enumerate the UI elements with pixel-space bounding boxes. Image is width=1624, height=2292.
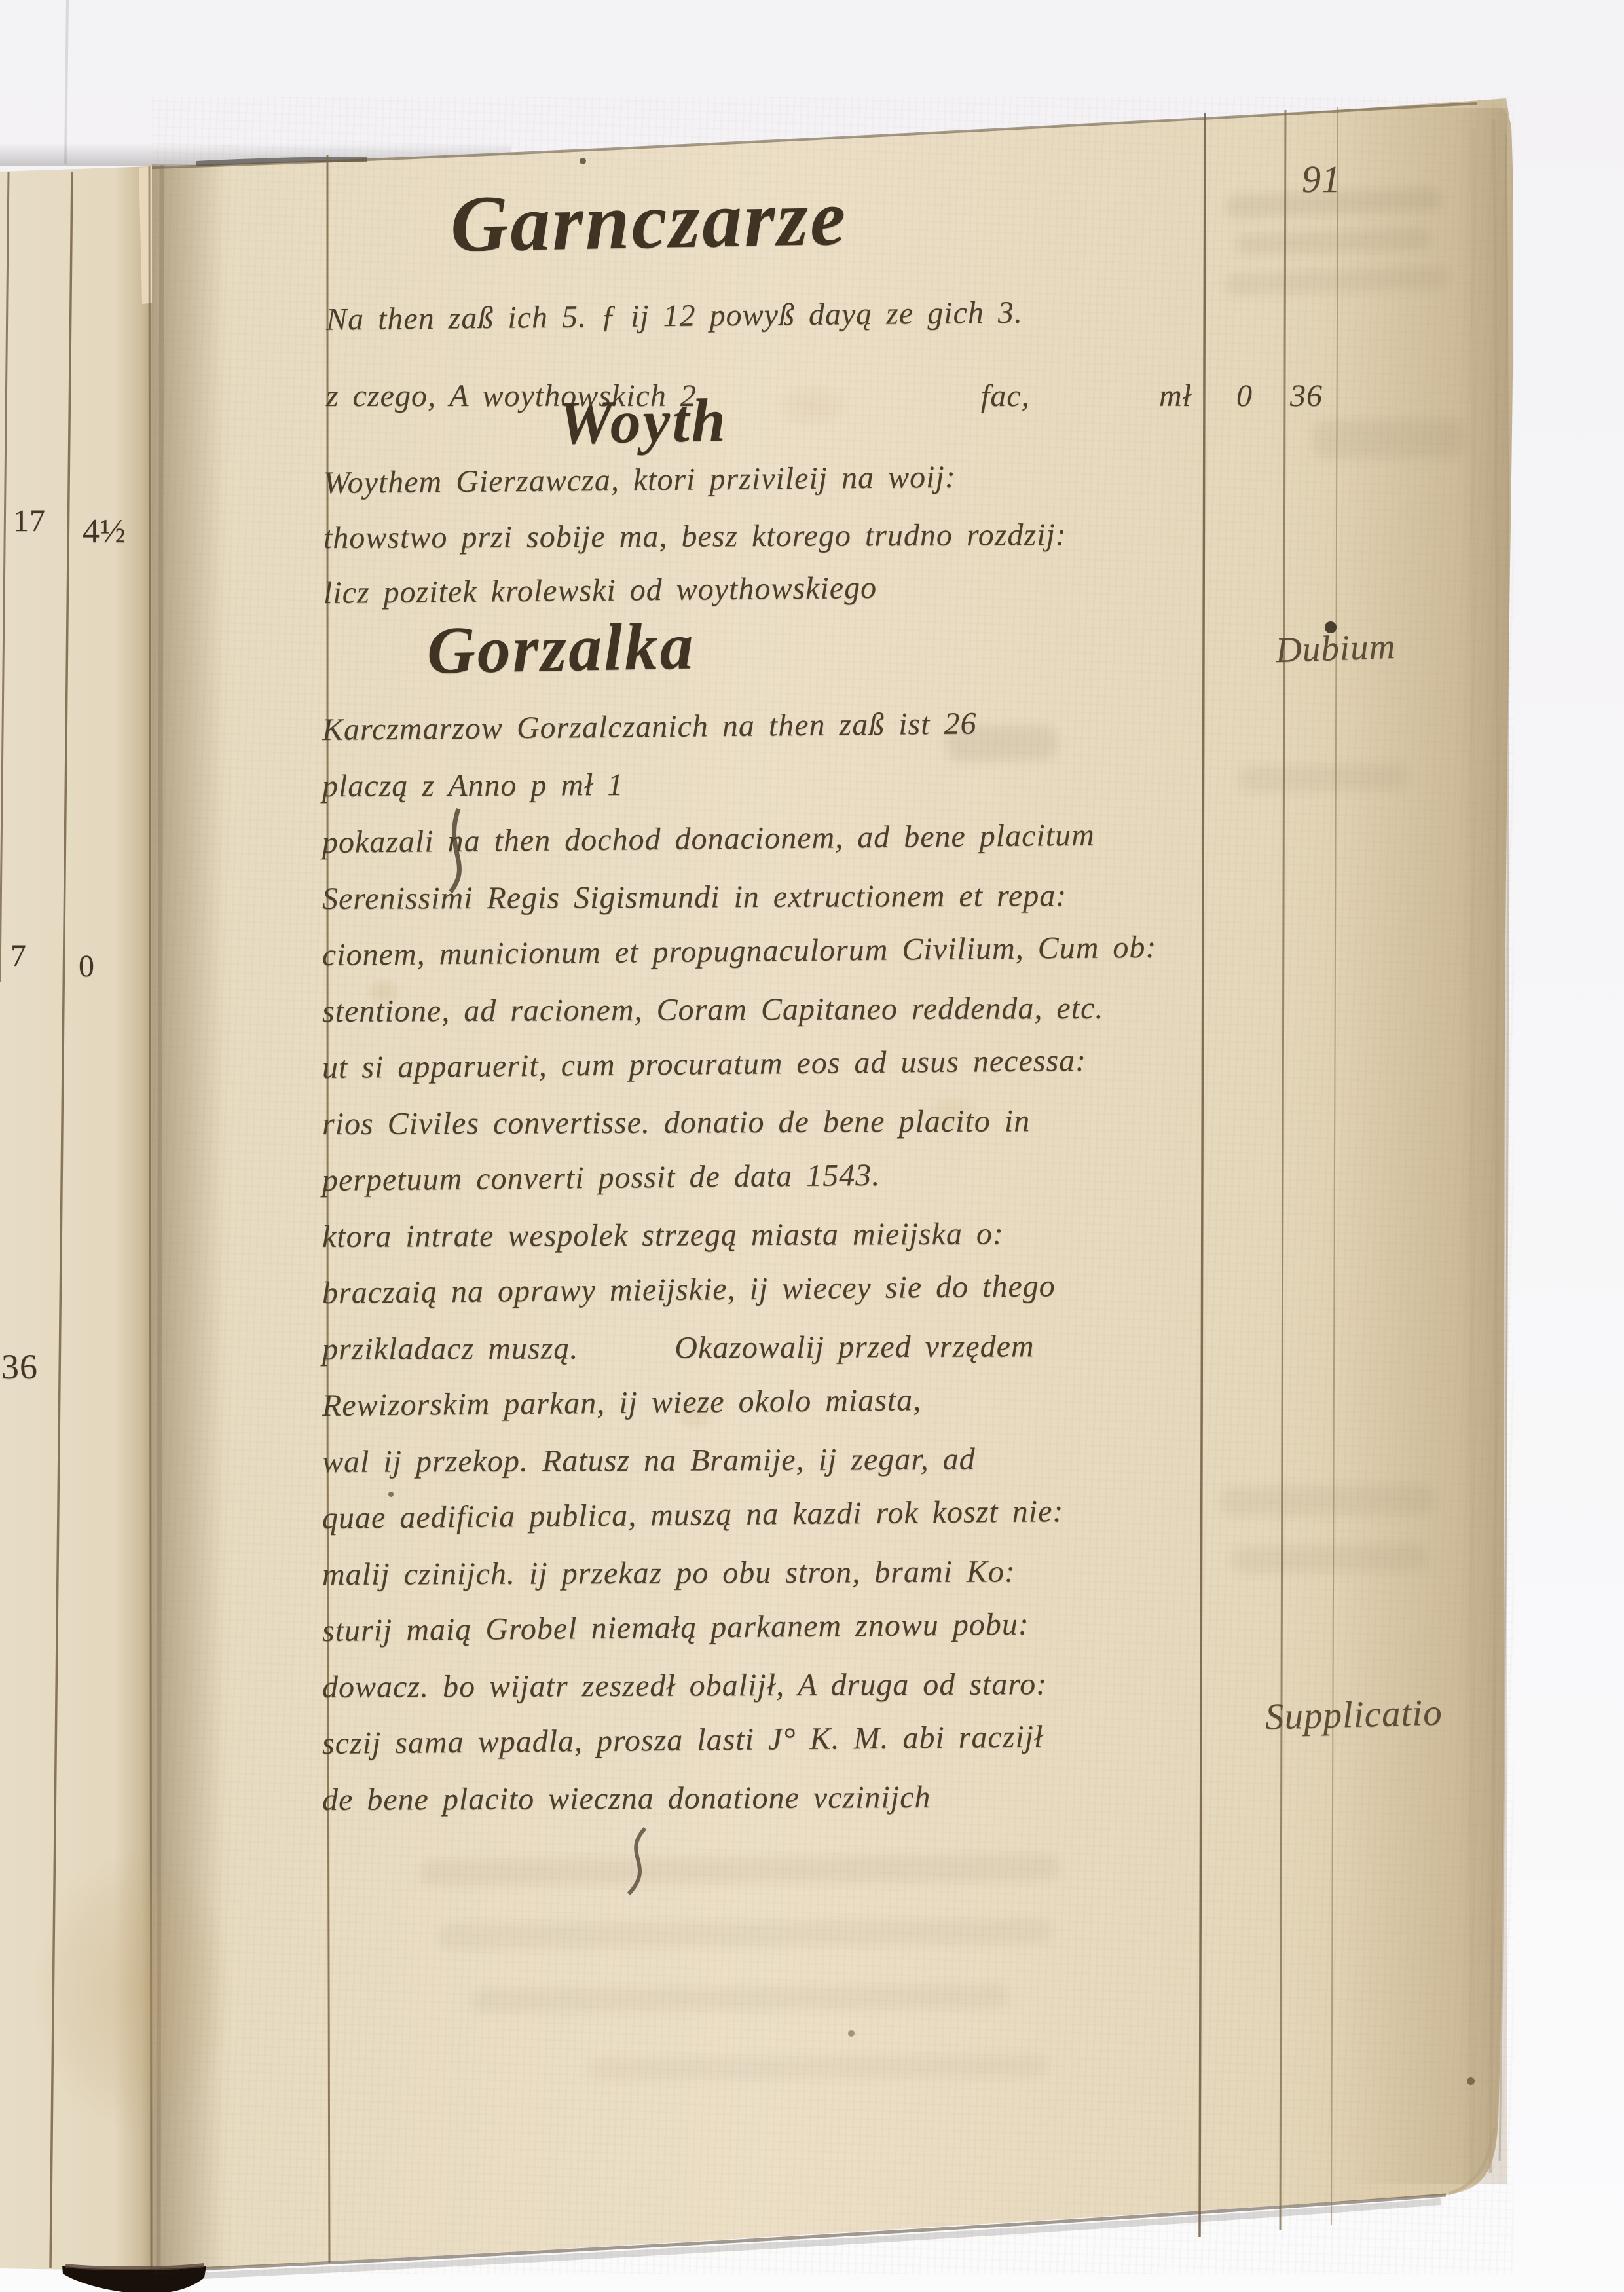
- manuscript-line: pokazali na then dochod donacionem, ad b…: [322, 807, 1157, 871]
- left-leaf-figure: 17: [13, 503, 46, 539]
- manuscript-line: stentione, ad racionem, Coram Capitaneo …: [322, 980, 1157, 1040]
- gorzalka-heading: Gorzalka: [426, 608, 695, 689]
- margin-note-supplicatio: Supplicatio: [1264, 1691, 1443, 1738]
- ink-speck-3: [1467, 2077, 1475, 2085]
- left-leaf-figure: 7: [10, 938, 27, 974]
- left-leaf-figure: 36: [1, 1346, 38, 1387]
- manuscript-line: Rewizorskim parkan, ij wieze okolo miast…: [322, 1370, 1157, 1434]
- woyth-heading: Woyth: [557, 385, 728, 458]
- ink-speck-2: [580, 158, 586, 164]
- ink-speck-5: [848, 2030, 855, 2037]
- garnczarze-heading: Garnczarze: [450, 172, 849, 271]
- manuscript-line: malij czinijch. ij przekaz po obu stron,…: [322, 1543, 1157, 1603]
- left-leaf-figure: 4½: [83, 512, 126, 551]
- fac-abbreviation: fac,: [981, 367, 1030, 426]
- stain-blotch: [33, 1850, 236, 2132]
- manuscript-line: Na then zaß ich 5. ƒ ij 12 powyß dayą ze…: [326, 283, 1024, 349]
- manuscript-line: sturij maią Grobel niemałą parkanem znow…: [322, 1595, 1157, 1659]
- manuscript-line: placzą z Anno p mł 1: [322, 754, 1157, 815]
- manuscript-line: rios Civiles convertisse. donatio de ben…: [322, 1092, 1157, 1153]
- manuscript-line: ktora intrate wespolek strzegą miasta mi…: [322, 1205, 1157, 1265]
- left-leaf-figure: 0: [79, 948, 95, 984]
- folio-number: 91: [1302, 157, 1341, 201]
- manuscript-line: Woythem Gierzawcza, ktori przivileij na …: [323, 449, 1067, 511]
- margin-note-dubium: Dubium: [1275, 625, 1396, 671]
- manuscript-line: licz pozitek krolewski od woythowskiego: [323, 559, 1067, 621]
- manuscript-line: wal ij przekop. Ratusz na Bramije, ij ze…: [322, 1430, 1157, 1490]
- sum-column-1: 0: [1236, 367, 1253, 426]
- scanned-manuscript-page: 17 4½ 7 0 36 91 Garnczarze Na then zaß i…: [0, 0, 1624, 2292]
- manuscript-line: perpetuum converti possit de data 1543.: [322, 1145, 1157, 1209]
- edge-aging: [1336, 108, 1507, 2184]
- manuscript-line: dowacz. bo wijatr zeszedł obalijł, A dru…: [322, 1655, 1157, 1716]
- manuscript-line: braczaią na oprawy mieijskie, ij wiecey …: [322, 1257, 1157, 1322]
- manuscript-line: cionem, municionum et propugnaculorum Ci…: [322, 919, 1157, 984]
- garnczarze-sum-row: z czego, A woythowskich 2, fac, mł 0 36: [326, 367, 1348, 426]
- manuscript-line: ut si apparuerit, cum procuratum eos ad …: [322, 1032, 1157, 1096]
- gorzalka-paragraph: Karczmarzow Gorzalczanich na then zaß is…: [322, 702, 1156, 1828]
- white-sheet-edge: [65, 0, 67, 164]
- manuscript-line: thowstwo przi sobije ma, besz ktorego tr…: [323, 508, 1067, 566]
- woyth-paragraph: Woythem Gierzawcza, ktori przivileij na …: [323, 456, 1067, 621]
- manuscript-line: de bene placito wieczna donatione vczini…: [322, 1768, 1157, 1828]
- manuscript-line: sczij sama wpadla, prosza lasti J° K. M.…: [322, 1708, 1157, 1772]
- manuscript-line: przikladacz muszą. Okazowalij przed vrzę…: [322, 1318, 1157, 1378]
- manuscript-line: quae aedificia publica, muszą na kazdi r…: [322, 1483, 1157, 1547]
- sum-column-2: 36: [1290, 367, 1323, 426]
- manuscript-line: Karczmarzow Gorzalczanich na then zaß is…: [322, 694, 1157, 758]
- manuscript-line: Serenissimi Regis Sigismundi in extructi…: [322, 867, 1157, 927]
- currency-unit: mł: [1159, 367, 1192, 426]
